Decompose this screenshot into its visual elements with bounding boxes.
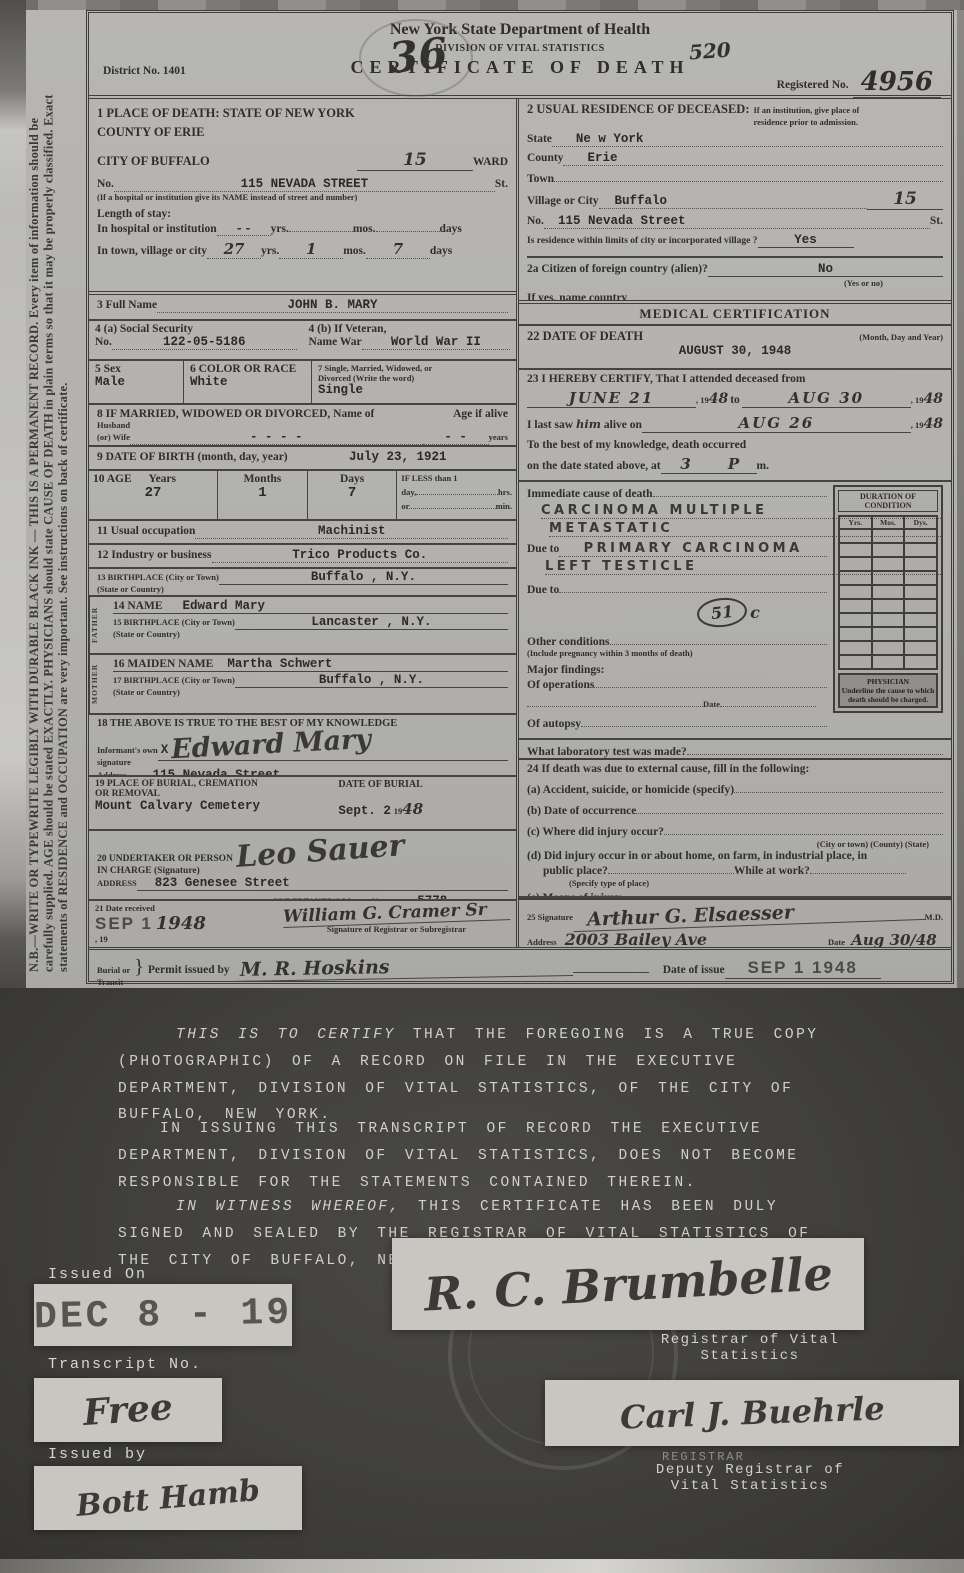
- scan-bottom-edge: [0, 1559, 964, 1573]
- undertaker-license: 5778: [384, 894, 480, 901]
- dod-value: AUGUST 30, 1948: [527, 344, 943, 358]
- section-ss-veteran: 4 (a) Social Security No. 122-05-5186 4 …: [89, 321, 516, 361]
- section-occupation: 11 Usual occupation Machinist: [89, 521, 516, 545]
- ward-value: 15: [357, 150, 473, 171]
- certify-text: 23 I HEREBY CERTIFY, That I attended dec…: [527, 373, 943, 385]
- registered-label: Registered No.: [777, 79, 849, 91]
- external-b: (b) Date of occurrence: [527, 805, 636, 817]
- external-c: (c) Where did injury occur?: [527, 826, 664, 838]
- res-town-label: Town: [527, 173, 554, 185]
- physician-addr-label: Address: [527, 937, 557, 947]
- permit-signature: M. R. Hoskins: [230, 953, 573, 982]
- registered-value: 4956: [853, 67, 941, 98]
- section-physician-signature: 25 Signature Arthur G. Elsaesser M.D. Ad…: [519, 898, 951, 947]
- saw-yr: 48: [924, 416, 943, 432]
- saw-pre: I last saw: [527, 419, 573, 431]
- age-years: 27: [93, 485, 213, 501]
- ss-value: 122-05-5186: [112, 335, 297, 350]
- res-county: Erie: [563, 151, 943, 166]
- mother-name-label: 16 MAIDEN NAME: [113, 658, 213, 670]
- external-d2: public place?: [543, 865, 608, 877]
- external-c-note: (City or town) (County) (State): [817, 839, 929, 849]
- section-dob: 9 DATE OF BIRTH (month, day, year) July …: [89, 447, 516, 471]
- informant-sig-label1: Informant's own: [97, 745, 158, 755]
- age-label: 10 AGE: [93, 473, 132, 485]
- occupation-value: Machinist: [195, 524, 508, 539]
- registrar-signature: R. C. Brumbelle: [422, 1246, 833, 1321]
- birthplace-label: 13 BIRTHPLACE (City or Town): [97, 572, 219, 582]
- citizen-value: No: [708, 262, 943, 277]
- informant-signature: Edward Mary: [170, 724, 371, 765]
- industry-label: 12 Industry or business: [97, 549, 212, 561]
- ss-no-label: No.: [95, 336, 112, 348]
- residence-heading: 2 USUAL RESIDENCE OF DECEASED:: [527, 102, 750, 117]
- undertaker-signature: Leo Sauer: [235, 831, 405, 875]
- hospital-mos-blank: [289, 220, 353, 232]
- external-d1: (d) Did injury occur in or about home, o…: [527, 850, 943, 862]
- informant-address: 115 Nevada Street: [127, 768, 508, 777]
- section-age: 10 AGE Years 27 Months 1 Days 7: [89, 471, 516, 521]
- permit-issued-label: Permit issued by: [148, 964, 230, 976]
- undertaker-addr-label: ADDRESS: [97, 878, 137, 888]
- other-label: Other conditions: [527, 636, 610, 648]
- st-label: St.: [495, 178, 508, 190]
- registrar-title-line1: Registrar of Vital: [661, 1332, 839, 1348]
- received-stamp-year: 1948: [156, 913, 206, 934]
- residence-note1: If an institution, give place of: [754, 105, 860, 115]
- permit-label1: Burial or: [97, 965, 130, 975]
- film-edge-right: [957, 10, 964, 988]
- less-day-label: day,: [401, 487, 416, 497]
- saw-him: him: [576, 417, 601, 431]
- age-days-h: Days: [312, 473, 393, 485]
- mother-bp-label: 17 BIRTHPLACE (City or Town): [113, 675, 235, 685]
- res-street: 115 Nevada Street: [544, 214, 930, 229]
- dod-note: (Month, Day and Year): [859, 332, 943, 342]
- registrar-title: Registrar of Vital Statistics: [600, 1332, 900, 1364]
- age-days: 7: [312, 485, 393, 501]
- days-label: days: [440, 223, 462, 235]
- issued-on-label: Issued On: [48, 1266, 147, 1283]
- section-place-of-death: 1 PLACE OF DEATH: STATE OF NEW YORK COUN…: [89, 99, 516, 295]
- form-header: New York State Department of Health DIVI…: [89, 13, 951, 99]
- place-heading: 1 PLACE OF DEATH: STATE OF NEW YORK: [97, 106, 508, 121]
- duration-title1: DURATION OF: [860, 492, 916, 501]
- section-sex-race-marital: 5 Sex Male 6 COLOR OR RACE White 7 Singl…: [89, 361, 516, 405]
- deputy-title: Deputy Registrar of Vital Statistics: [600, 1462, 900, 1494]
- to-yr: 48: [924, 391, 943, 407]
- attended-to: AUG 30: [742, 389, 911, 408]
- margin-instructions: N.B.—WRITE OR TYPEWRITE LEGIBLY WITH DUR…: [27, 92, 85, 972]
- father-name: Edward Mary: [163, 599, 508, 613]
- less-than-label: IF LESS than 1: [401, 473, 512, 483]
- or-label: or: [401, 501, 409, 511]
- margin-instructions-text: N.B.—WRITE OR TYPEWRITE LEGIBLY WITH DUR…: [27, 92, 71, 972]
- medical-heading-text: MEDICAL CERTIFICATION: [639, 306, 830, 321]
- section-industry: 12 Industry or business Trico Products C…: [89, 545, 516, 569]
- physician-date-label: Date: [828, 937, 845, 947]
- from-yr-pre: , 19: [696, 395, 709, 405]
- hrs-label: hrs.: [498, 487, 512, 497]
- res-town-blank: [554, 170, 943, 182]
- street-no-label: No.: [97, 178, 114, 190]
- right-column: 2 USUAL RESIDENCE OF DECEASED: If an ins…: [519, 99, 951, 947]
- birthplace-value: Buffalo , N.Y.: [219, 570, 508, 585]
- md-label: M.D.: [925, 912, 943, 922]
- sex-label: 5 Sex: [95, 363, 177, 375]
- full-name-value: JOHN B. MARY: [157, 298, 508, 313]
- external-label: 24 If death was due to external cause, f…: [527, 763, 943, 775]
- section-permit: Burial or Transit } Permit issued by M. …: [89, 947, 951, 981]
- burial-year: 48: [402, 800, 423, 818]
- operations-date-label: Date: [703, 699, 720, 709]
- yrs-label: yrs.: [271, 223, 289, 235]
- mos-label: mos.: [353, 223, 376, 235]
- issued-by-label: Issued by: [48, 1446, 147, 1463]
- from-yr: 48: [709, 391, 728, 407]
- attended-from: JUNE 21: [527, 389, 696, 408]
- yrs-label2: yrs.: [261, 245, 279, 257]
- burial-place: Mount Calvary Cemetery: [95, 799, 326, 813]
- place-city: CITY OF BUFFALO: [97, 154, 210, 169]
- transcript-value: Free: [82, 1386, 174, 1434]
- registered-no: Registered No. 4956: [777, 65, 941, 96]
- date-issued-stamp: DEC 8 - 19: [34, 1284, 292, 1339]
- external-a: (a) Accident, suicide, or homicide (spec…: [527, 784, 734, 796]
- issued-by-box: Bott Hamb: [34, 1466, 302, 1530]
- full-name-label: 3 Full Name: [97, 299, 157, 311]
- age-if-alive-label: Age if alive: [453, 408, 508, 420]
- informant-sig-label2: signature: [97, 757, 131, 767]
- transcript-no-label: Transcript No.: [48, 1356, 202, 1373]
- duration-col-dys: Dys.: [904, 516, 937, 529]
- age-months-h: Months: [222, 473, 303, 485]
- age-years-h: Years: [149, 473, 176, 485]
- burial-label1: 19 PLACE OF BURIAL, CREMATION: [95, 779, 326, 789]
- town-days: 7: [366, 240, 430, 259]
- residence-note2: residence prior to admission.: [754, 117, 859, 127]
- res-county-label: County: [527, 152, 563, 164]
- dob-label: 9 DATE OF BIRTH (month, day, year): [97, 451, 288, 463]
- section-cause: DURATION OFCONDITION Yrs. Mos. Dys.: [519, 482, 951, 740]
- hospital-stay-value: - -: [217, 221, 271, 236]
- division-title: DIVISION OF VITAL STATISTICS: [89, 43, 951, 54]
- permit-brace: }: [134, 956, 144, 979]
- witness-lead: IN WITNESS WHEREOF,: [176, 1199, 401, 1215]
- saw-date: AUG 26: [642, 414, 911, 433]
- registrar-title-line2: Statistics: [700, 1348, 799, 1364]
- film-edge-left: [0, 0, 26, 988]
- issued-by-signature: Bott Hamb: [75, 1473, 261, 1524]
- certify-paragraph: THIS IS TO CERTIFY THAT THE FOREGOING IS…: [118, 1022, 848, 1129]
- deputy-title-line1: Deputy Registrar of: [656, 1462, 844, 1478]
- father-name-label: 14 NAME: [113, 600, 163, 612]
- marital-value: Single: [318, 383, 510, 397]
- place-county: COUNTY OF ERIE: [97, 125, 508, 140]
- cause-label: Immediate cause of death: [527, 488, 653, 500]
- age-months: 1: [222, 485, 303, 501]
- burial-date-label: DATE OF BURIAL: [338, 779, 510, 790]
- mother-bp-sub: (State or Country): [113, 687, 180, 697]
- received-label: 21 Date received: [95, 903, 271, 913]
- cause-code-circled: 51: [696, 595, 749, 629]
- issue-date-stamp: SEP 1 1948: [725, 958, 881, 979]
- marital-label2: Divorced (Write the word): [318, 373, 510, 383]
- duration-col-yrs: Yrs.: [839, 516, 872, 529]
- deputy-signature: Carl J. Buehrle: [619, 1389, 885, 1436]
- father-bp-label: 15 BIRTHPLACE (City or Town): [113, 617, 235, 627]
- burial-yr-pre: 19: [394, 806, 403, 816]
- war-label: Name War: [309, 336, 362, 348]
- marital-label: 7 Single, Married, Widowed, or: [318, 363, 510, 373]
- permit-label2: Transit: [97, 977, 123, 987]
- date-issued-stamp-box: DEC 8 - 19: [34, 1284, 292, 1346]
- handwritten-code: 520: [688, 38, 731, 65]
- years-label: years: [489, 432, 508, 442]
- citizen-label: 2a Citizen of foreign country (alien)?: [527, 263, 708, 275]
- occupation-label: 11 Usual occupation: [97, 525, 195, 537]
- duration-of-condition-box: DURATION OFCONDITION Yrs. Mos. Dys.: [833, 485, 943, 713]
- res-st-label: St.: [930, 215, 943, 227]
- dept-title: New York State Department of Health: [89, 21, 951, 39]
- due2-label: Due to: [527, 584, 559, 596]
- res-limits-label: Is residence within limits of city or in…: [527, 236, 758, 246]
- res-no-label: No.: [527, 215, 544, 227]
- hospital-days-blank: [376, 220, 440, 232]
- burial-label2: OR REMOVAL: [95, 789, 326, 799]
- film-edge-top: [0, 0, 964, 10]
- undertaker-address: 823 Genesee Street: [137, 876, 508, 891]
- deputy-signature-strip: Carl J. Buehrle: [545, 1380, 959, 1446]
- length-of-stay-label: Length of stay:: [97, 208, 508, 220]
- hospital-note: (If a hospital or institution give its N…: [97, 192, 508, 202]
- physician-signature: Arthur G. Elsaesser: [573, 898, 925, 932]
- occurred1: To the best of my knowledge, death occur…: [527, 439, 943, 451]
- due1a: PRIMARY CARCINOMA: [559, 541, 827, 557]
- section-informant: 18 THE ABOVE IS TRUE TO THE BEST OF MY K…: [89, 715, 516, 777]
- res-limits: Yes: [758, 233, 854, 248]
- father-bp: Lancaster , N.Y.: [235, 615, 508, 630]
- physician-note: PHYSICIANUnderline the cause to which de…: [838, 673, 938, 708]
- section-full-name: 3 Full Name JOHN B. MARY: [89, 295, 516, 321]
- dod-label: 22 DATE OF DEATH: [527, 329, 643, 344]
- to-yr-pre: , 19: [911, 395, 924, 405]
- industry-value: Trico Products Co.: [212, 548, 508, 563]
- spouse-value: - - - -: [130, 430, 423, 445]
- town-mos: 1: [279, 240, 343, 259]
- veteran-label: 4 (b) If Veteran,: [309, 323, 511, 335]
- mother-name: Martha Schwert: [213, 657, 508, 671]
- res-state-label: State: [527, 133, 552, 145]
- autopsy-label: Of autopsy: [527, 718, 581, 730]
- res-village: Buffalo: [599, 194, 867, 209]
- operations-label: Of operations: [527, 679, 594, 691]
- district-no: District No. 1401: [103, 65, 186, 77]
- lab-label: What laboratory test was made?: [527, 746, 687, 758]
- death-certificate-form: New York State Department of Health DIVI…: [86, 10, 954, 984]
- hospital-stay-label: In hospital or institution: [97, 223, 217, 235]
- certificate-scan: N.B.—WRITE OR TYPEWRITE LEGIBLY WITH DUR…: [0, 0, 964, 988]
- birthplace-sub: (State or Country): [97, 584, 164, 594]
- deputy-title-line2: Vital Statistics: [671, 1478, 829, 1494]
- section-date-of-death: 22 DATE OF DEATH (Month, Day and Year) A…: [519, 326, 951, 370]
- burial-date: Sept. 2: [338, 804, 391, 818]
- spouse-sub2: (or) Wife: [97, 432, 130, 442]
- physician-sig-label: 25 Signature: [527, 912, 573, 922]
- issuing-paragraph: IN ISSUING THIS TRANSCRIPT OF RECORD THE…: [118, 1116, 848, 1196]
- duration-grid: Yrs. Mos. Dys.: [838, 515, 938, 670]
- father-side-label: FATHER: [89, 597, 105, 653]
- mother-bp: Buffalo , N.Y.: [235, 673, 508, 688]
- informant-addr-label: Address: [97, 770, 127, 777]
- mos-label2: mos.: [343, 245, 366, 257]
- duration-col-mos: Mos.: [872, 516, 905, 529]
- town-yrs: 27: [207, 240, 261, 259]
- section-mother: MOTHER 16 MAIDEN NAME Martha Schwert 17 …: [89, 655, 516, 715]
- res-ward: 15: [867, 189, 943, 210]
- physician-sig-date: Aug 30/48: [845, 931, 943, 947]
- race-value: White: [190, 375, 305, 389]
- sex-value: Male: [95, 375, 177, 389]
- received-yr-pre: , 19: [95, 934, 271, 944]
- undertaker-label1: 20 UNDERTAKER OR PERSON: [97, 854, 233, 864]
- section-spouse: 8 IF MARRIED, WIDOWED OR DIVORCED, Name …: [89, 405, 516, 447]
- father-bp-sub: (State or Country): [113, 629, 180, 639]
- res-village-label: Village or City: [527, 195, 599, 207]
- race-label: 6 COLOR OR RACE: [190, 363, 305, 375]
- major-label: Major findings:: [527, 664, 604, 676]
- war-value: World War II: [362, 335, 510, 350]
- death-time: 3: [661, 455, 711, 474]
- country-label: If yes, name country: [527, 292, 627, 304]
- cause-code-suffix: c: [750, 603, 760, 622]
- external-d-note: (Specify type of place): [569, 878, 649, 888]
- days-label2: days: [430, 245, 452, 257]
- received-stamp: SEP 1: [95, 914, 153, 933]
- transcript-value-box: Free: [34, 1378, 222, 1442]
- saw-mid: alive on: [604, 419, 642, 431]
- section-residence: 2 USUAL RESIDENCE OF DECEASED: If an ins…: [519, 99, 951, 304]
- section-external-cause: 24 If death was due to external cause, f…: [519, 760, 951, 898]
- spouse-sub1: Husband: [97, 420, 508, 430]
- ss-label: 4 (a) Social Security: [95, 323, 297, 335]
- mother-side-label: MOTHER: [89, 655, 105, 713]
- saw-yr-pre: , 19: [911, 420, 924, 430]
- informant-sig-x: X: [161, 743, 169, 757]
- external-d3: While at work?: [734, 865, 810, 877]
- due1-label: Due to: [527, 543, 559, 555]
- section-birthplace: 13 BIRTHPLACE (City or Town) (State or C…: [89, 569, 516, 597]
- section-undertaker: 20 UNDERTAKER OR PERSON IN CHARGE (Signa…: [89, 831, 516, 901]
- to-label: to: [730, 394, 740, 406]
- section-certify: 23 I HEREBY CERTIFY, That I attended dec…: [519, 370, 951, 482]
- death-ampm: P: [711, 455, 757, 474]
- citizen-note: (Yes or no): [844, 278, 883, 288]
- min-label: min.: [496, 501, 512, 511]
- left-column: 1 PLACE OF DEATH: STATE OF NEW YORK COUN…: [89, 99, 519, 947]
- duration-title2: CONDITION: [864, 501, 911, 510]
- section-date-received: 21 Date received SEP 1 1948 , 19 William…: [89, 901, 516, 947]
- m-label: m.: [757, 460, 769, 472]
- registrar-signature-strip: R. C. Brumbelle: [392, 1238, 864, 1330]
- physician-address: 2003 Bailey Ave: [557, 930, 828, 947]
- age-if-alive-value: - -: [423, 430, 489, 445]
- handwritten-entry-no: 36: [387, 28, 450, 83]
- res-state: Ne w York: [552, 132, 943, 147]
- street-value: 115 NEVADA STREET: [114, 177, 495, 192]
- ward-label: WARD: [473, 156, 508, 168]
- photostat-certification: THIS IS TO CERTIFY THAT THE FOREGOING IS…: [0, 988, 964, 1573]
- dob-value: July 23, 1921: [288, 450, 508, 464]
- country-blank: [627, 289, 943, 301]
- spouse-label: 8 IF MARRIED, WIDOWED OR DIVORCED, Name …: [97, 408, 374, 420]
- medical-heading: MEDICAL CERTIFICATION: [519, 304, 951, 326]
- section-lab: What laboratory test was made?: [519, 740, 951, 760]
- town-stay-label: In town, village or city: [97, 245, 207, 257]
- undertaker-label2: IN CHARGE (Signature): [97, 866, 200, 876]
- section-father: FATHER 14 NAME Edward Mary 15 BIRTHPLACE…: [89, 597, 516, 655]
- section-burial: 19 PLACE OF BURIAL, CREMATION OR REMOVAL…: [89, 777, 516, 831]
- certify-lead: THIS IS TO CERTIFY: [176, 1027, 396, 1043]
- issue-date-label: Date of issue: [663, 964, 725, 976]
- occurred2: on the date stated above, at: [527, 460, 661, 472]
